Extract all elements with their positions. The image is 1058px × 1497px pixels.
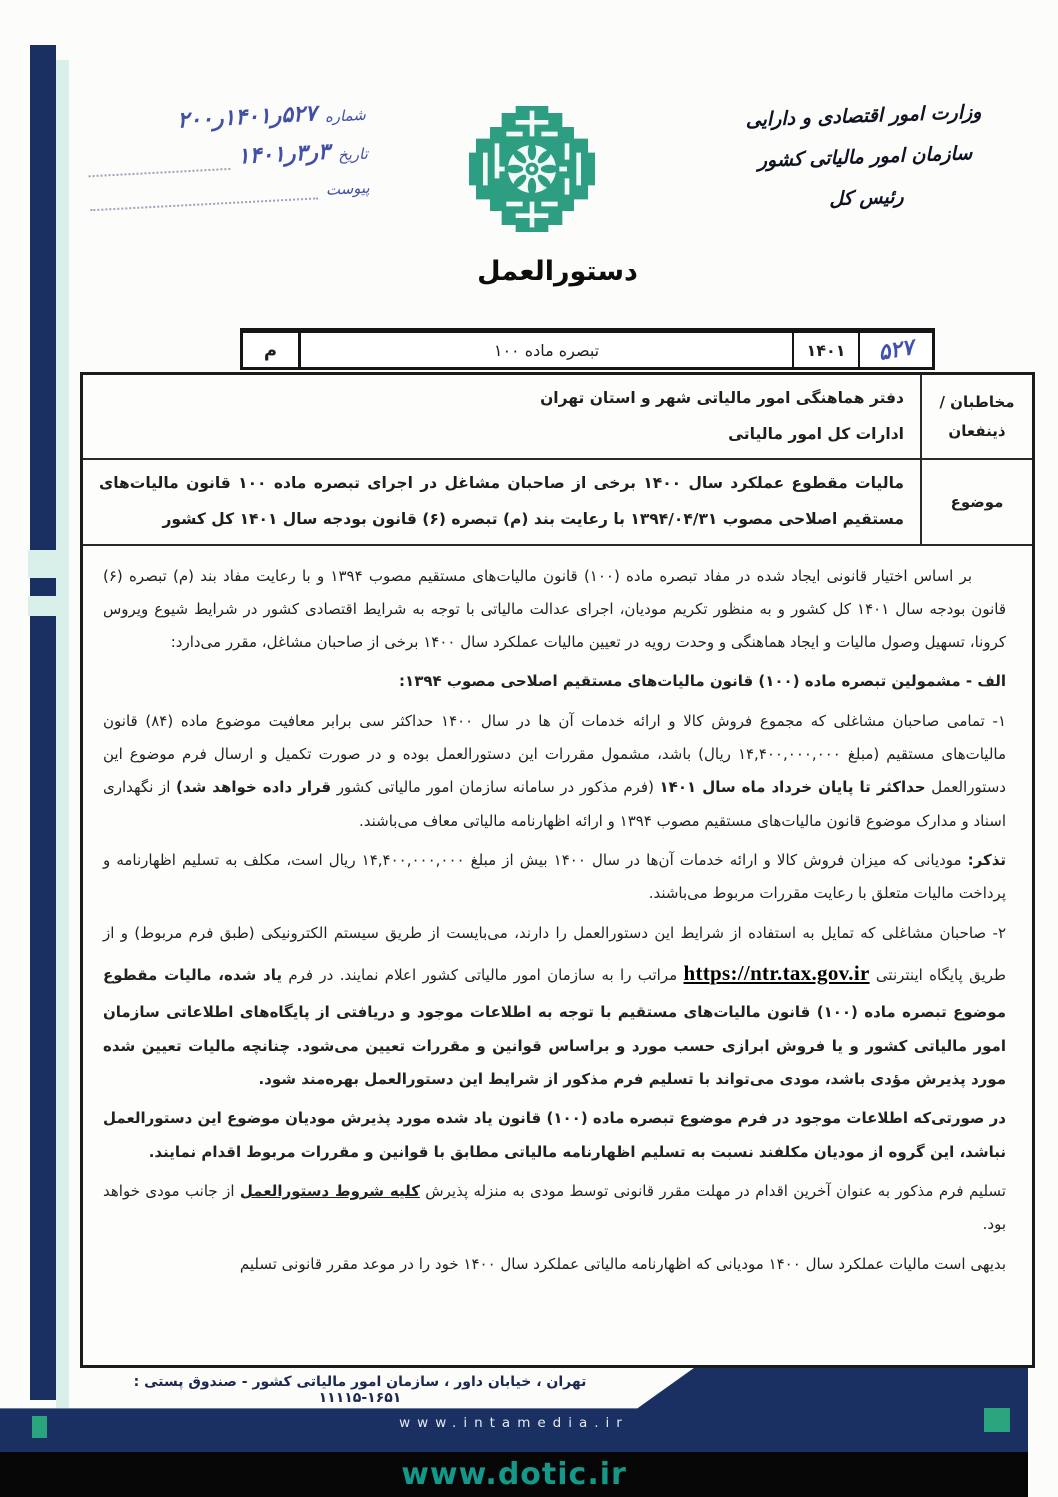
paragraph: ۱- تمامی صاحبان مشاغلی که مجموع فروش کال… [103, 705, 1006, 838]
teal-square-left [32, 1416, 47, 1438]
text-run: تسلیم فرم مذکور به عنوان آخرین اقدام در … [420, 1182, 1006, 1200]
text-run: قرار داده خواهد شد) [176, 778, 331, 796]
scanned-directive-page: شماره ۵۲۷ر۱۴۰۱ر۲۰۰ تاریخ ۳ر۳ر۱۴۰۱ پیوست [0, 0, 1058, 1497]
footer-banner: تهران ، خیابان داور ، سازمان امور مالیات… [0, 1368, 1028, 1452]
tax-administration-logo-icon [462, 96, 602, 246]
left-bar-gap [28, 550, 58, 578]
classification-row: ۵۲۷ ۱۴۰۱ تبصره ماده ۱۰۰ م [240, 328, 935, 370]
attachment-row: پیوست [89, 177, 370, 212]
footer-address: تهران ، خیابان داور ، سازمان امور مالیات… [110, 1374, 610, 1406]
teal-square-right [984, 1408, 1010, 1432]
intamedia-website: www.intamedia.ir [0, 1415, 1028, 1431]
directive-table: مخاطبان / ذینفعان دفتر هماهنگی امور مالی… [80, 372, 1035, 1368]
text-run: حداکثر تا پایان خرداد ماه سال ۱۴۰۱ [660, 778, 926, 796]
classification-letter: م [243, 333, 301, 367]
paragraph: تذکر: مودیانی که میزان فروش کالا و ارائه… [103, 844, 1006, 911]
paragraph: بر اساس اختیار قانونی ایجاد شده در مفاد … [103, 560, 1006, 660]
text-run: در صورتی‌که اطلاعات موجود در فرم موضوع ت… [103, 1109, 1006, 1160]
paragraph: ۲- صاحبان مشاغلی که تمایل به استفاده از … [103, 917, 1006, 1097]
date-dotted-line [88, 150, 231, 177]
attachment-dotted-line [89, 179, 318, 211]
number-value: ۵۲۷ر۱۴۰۱ر۲۰۰ [177, 101, 318, 133]
date-label: تاریخ [337, 145, 368, 165]
subject-text: مالیات مقطوع عملکرد سال ۱۴۰۰ برخی از صاح… [99, 466, 904, 537]
date-value: ۳ر۳ر۱۴۰۱ [237, 140, 330, 170]
paragraph: الف - مشمولین تبصره ماده (۱۰۰) قانون مال… [103, 665, 1006, 698]
body-row: بر اساس اختیار قانونی ایجاد شده در مفاد … [83, 546, 1032, 1365]
audience-line: دفتر هماهنگی امور مالیاتی شهر و استان ته… [99, 381, 904, 417]
paragraph: تسلیم فرم مذکور به عنوان آخرین اقدام در … [103, 1175, 1006, 1242]
paragraph: در صورتی‌که اطلاعات موجود در فرم موضوع ت… [103, 1102, 1006, 1169]
text-run: بدیهی است مالیات عملکرد سال ۱۴۰۰ مودیانی… [240, 1255, 1006, 1273]
audience-content: دفتر هماهنگی امور مالیاتی شهر و استان ته… [83, 375, 920, 458]
text-run: کلیه شروط دستورالعمل [240, 1182, 420, 1200]
tax-portal-link[interactable]: https://ntr.tax.gov.ir [683, 961, 869, 985]
handwritten-header-block: شماره ۵۲۷ر۱۴۰۱ر۲۰۰ تاریخ ۳ر۳ر۱۴۰۱ پیوست [85, 99, 370, 226]
directive-body: بر اساس اختیار قانونی ایجاد شده در مفاد … [83, 546, 1032, 1365]
text-run: مراتب را به سازمان امور مالیاتی کشور اعل… [282, 966, 683, 984]
text-run: یاد شده، مالیات مقطوع موضوع تبصره ماده (… [103, 966, 1006, 1088]
classification-year: ۱۴۰۱ [794, 333, 860, 367]
left-bar-gap [28, 596, 58, 616]
text-run: مودیانی که میزان فروش کالا و ارائه خدمات… [103, 851, 1006, 902]
audience-label: مخاطبان / ذینفعان [920, 375, 1032, 458]
document-date-row: تاریخ ۳ر۳ر۱۴۰۱ [87, 138, 368, 178]
left-mint-strip [56, 60, 69, 1408]
page-title: دستورالعمل [80, 256, 1035, 287]
attachment-label: پیوست [325, 179, 370, 199]
number-label: شماره [324, 106, 366, 126]
subject-label: موضوع [920, 460, 1032, 543]
classification-subject: تبصره ماده ۱۰۰ [301, 333, 794, 367]
watermark-bar: www.dotic.ir [0, 1452, 1028, 1497]
subject-row: موضوع مالیات مقطوع عملکرد سال ۱۴۰۰ برخی … [83, 460, 1032, 545]
subject-content: مالیات مقطوع عملکرد سال ۱۴۰۰ برخی از صاح… [83, 460, 920, 543]
paragraph: بدیهی است مالیات عملکرد سال ۱۴۰۰ مودیانی… [103, 1248, 1006, 1281]
text-run: بر اساس اختیار قانونی ایجاد شده در مفاد … [103, 567, 1006, 652]
audience-line: ادارات کل امور مالیاتی [99, 417, 904, 453]
dotic-watermark: www.dotic.ir [401, 1457, 627, 1492]
document-number-row: شماره ۵۲۷ر۱۴۰۱ر۲۰۰ [85, 99, 366, 139]
classification-number: ۵۲۷ [858, 327, 935, 373]
organization-letterhead: وزارت امور اقتصادی و دارایی سازمان امور … [698, 90, 1032, 224]
text-run: (فرم مذکور در سامانه سازمان امور مالیاتی… [331, 778, 659, 796]
audience-row: مخاطبان / ذینفعان دفتر هماهنگی امور مالی… [83, 375, 1032, 460]
left-navy-bar [30, 45, 56, 1400]
text-run: الف - مشمولین تبصره ماده (۱۰۰) قانون مال… [399, 672, 1006, 690]
text-run: تذکر: [968, 851, 1006, 869]
